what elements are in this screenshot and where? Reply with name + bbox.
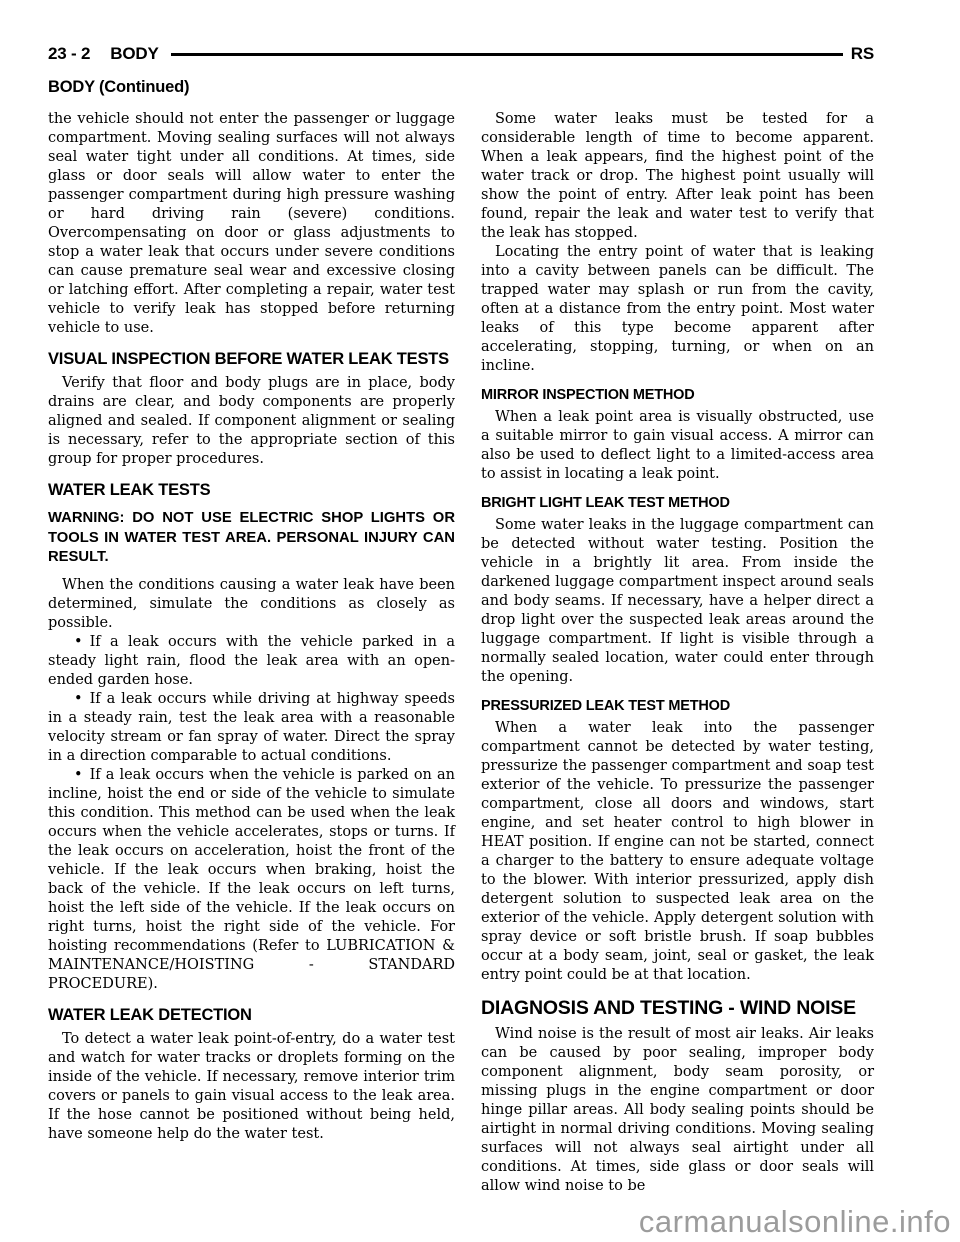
manual-page: 23 - 2 BODY RS BODY (Continued) the vehi…	[0, 0, 960, 1242]
subheading-pressurized-leak-test-method: PRESSURIZED LEAK TEST METHOD	[481, 698, 874, 714]
subheading-bright-light-leak-test-method: BRIGHT LIGHT LEAK TEST METHOD	[481, 495, 874, 511]
bullet-icon: •	[74, 767, 83, 783]
subheading-mirror-inspection-method: MIRROR INSPECTION METHOD	[481, 387, 874, 403]
two-column-layout: the vehicle should not enter the passeng…	[48, 110, 874, 1196]
header-rule	[171, 53, 843, 56]
page-header: 23 - 2 BODY RS	[48, 44, 874, 64]
paragraph: To detect a water leak point-of-entry, d…	[48, 1030, 455, 1144]
platform-code: RS	[851, 44, 874, 64]
paragraph: When a leak point area is visually obstr…	[481, 408, 874, 484]
section-heading-visual-inspection: VISUAL INSPECTION BEFORE WATER LEAK TEST…	[48, 350, 455, 369]
paragraph: the vehicle should not enter the passeng…	[48, 110, 455, 338]
watermark: carmanualsonline.info	[639, 1204, 951, 1240]
warning-text: WARNING: DO NOT USE ELECTRIC SHOP LIGHTS…	[48, 509, 455, 568]
paragraph: When a water leak into the passenger com…	[481, 719, 874, 985]
paragraph: Wind noise is the result of most air lea…	[481, 1025, 874, 1196]
bullet-text: If a leak occurs while driving at highwa…	[48, 691, 455, 764]
paragraph: Some water leaks must be tested for a co…	[481, 110, 874, 243]
bullet-icon: •	[74, 634, 83, 650]
section-heading-water-leak-tests: WATER LEAK TESTS	[48, 481, 455, 500]
bullet-item: •If a leak occurs while driving at highw…	[48, 690, 455, 766]
section-title: BODY	[110, 44, 158, 64]
right-column: Some water leaks must be tested for a co…	[481, 110, 874, 1196]
major-heading-diagnosis-wind-noise: DIAGNOSIS AND TESTING - WIND NOISE	[481, 997, 874, 1020]
bullet-item: •If a leak occurs with the vehicle parke…	[48, 633, 455, 690]
page-number: 23 - 2	[48, 44, 90, 64]
paragraph: Some water leaks in the luggage compartm…	[481, 516, 874, 687]
continued-label: BODY (Continued)	[48, 78, 874, 97]
bullet-item: •If a leak occurs when the vehicle is pa…	[48, 766, 455, 994]
paragraph: Locating the entry point of water that i…	[481, 243, 874, 376]
paragraph: Verify that floor and body plugs are in …	[48, 374, 455, 469]
left-column: the vehicle should not enter the passeng…	[48, 110, 455, 1196]
bullet-icon: •	[74, 691, 83, 707]
section-heading-water-leak-detection: WATER LEAK DETECTION	[48, 1006, 455, 1025]
bullet-text: If a leak occurs with the vehicle parked…	[48, 634, 455, 688]
paragraph: When the conditions causing a water leak…	[48, 576, 455, 633]
bullet-text: If a leak occurs when the vehicle is par…	[48, 767, 455, 992]
